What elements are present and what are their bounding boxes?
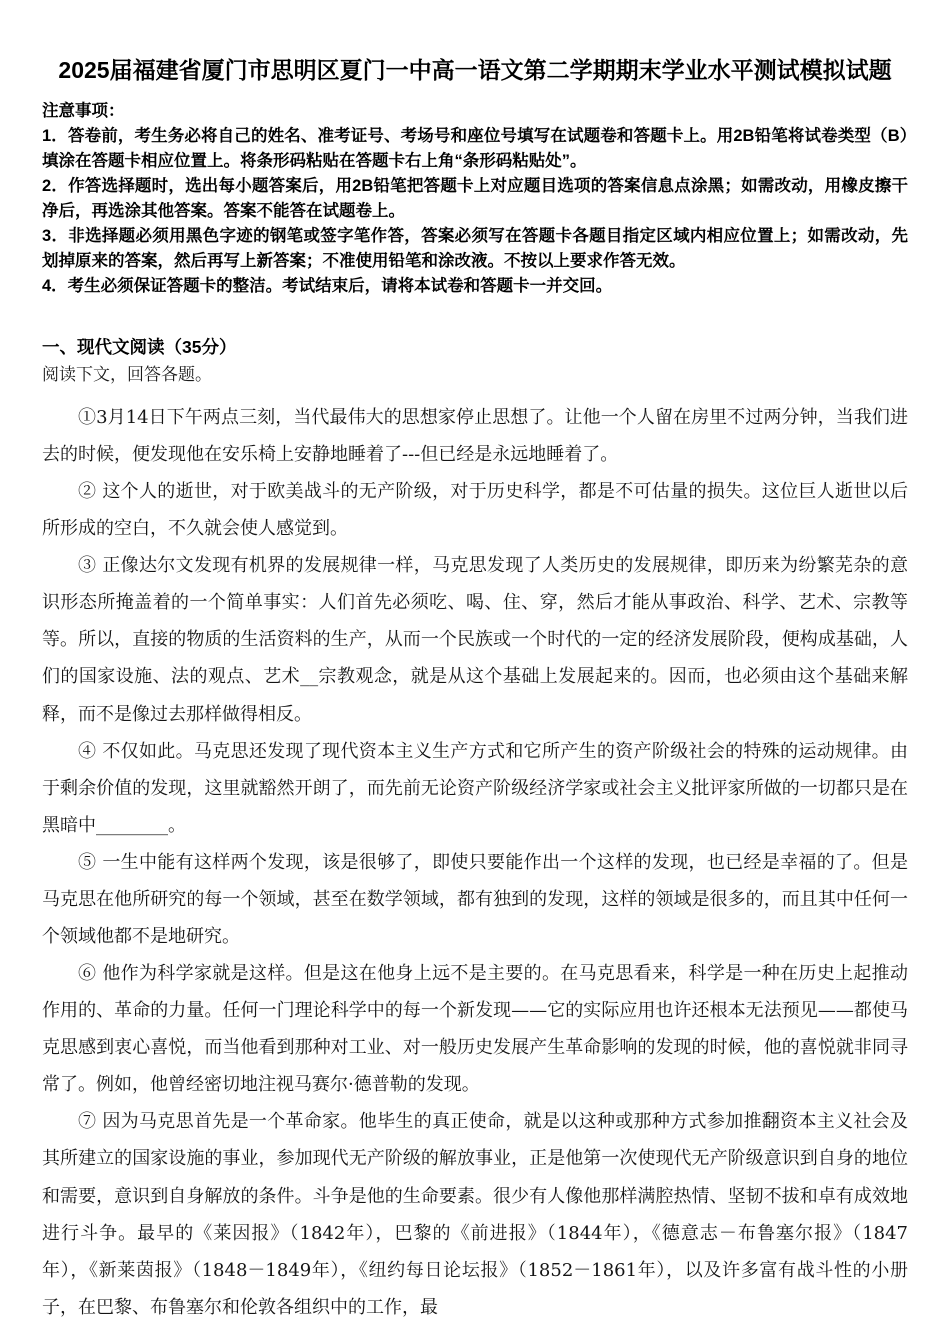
notice-item-4: 4．考生必须保证答题卡的整洁。考试结束后，请将本试卷和答题卡一并交回。 (42, 274, 908, 299)
passage-paragraph-1: ①3月14日下午两点三刻，当代最伟大的思想家停止思想了。让他一个人留在房里不过两… (42, 399, 908, 473)
reading-passage: ①3月14日下午两点三刻，当代最伟大的思想家停止思想了。让他一个人留在房里不过两… (42, 399, 908, 1326)
passage-paragraph-2: ② 这个人的逝世，对于欧美战斗的无产阶级，对于历史科学，都是不可估量的损失。这位… (42, 473, 908, 547)
page-title: 2025届福建省厦门市思明区夏门一中高一语文第二学期期末学业水平测试模拟试题 (42, 56, 908, 86)
exam-page: 2025届福建省厦门市思明区夏门一中高一语文第二学期期末学业水平测试模拟试题 注… (0, 0, 950, 1344)
section-heading: 一、现代文阅读（35分） (42, 335, 908, 360)
notice-item-2: 2．作答选择题时，选出每小题答案后，用2B铅笔把答题卡上对应题目选项的答案信息点… (42, 174, 908, 224)
passage-paragraph-3: ③ 正像达尔文发现有机界的发展规律一样，马克思发现了人类历史的发展规律，即历来为… (42, 547, 908, 732)
section-intro: 阅读下文，回答各题。 (42, 363, 908, 389)
passage-paragraph-5: ⑤ 一生中能有这样两个发现，该是很够了，即使只要能作出一个这样的发现，也已经是幸… (42, 844, 908, 955)
passage-paragraph-4: ④ 不仅如此。马克思还发现了现代资本主义生产方式和它所产生的资产阶级社会的特殊的… (42, 733, 908, 844)
passage-paragraph-7: ⑦ 因为马克思首先是一个革命家。他毕生的真正使命，就是以这种或那种方式参加推翻资… (42, 1103, 908, 1325)
notice-item-3: 3．非选择题必须用黑色字迹的钢笔或签字笔作答，答案必须写在答题卡各题目指定区域内… (42, 224, 908, 274)
notice-section: 注意事项： 1．答卷前，考生务必将自己的姓名、准考证号、考场号和座位号填写在试题… (42, 99, 908, 299)
passage-paragraph-6: ⑥ 他作为科学家就是这样。但是这在他身上远不是主要的。在马克思看来，科学是一种在… (42, 955, 908, 1103)
notice-item-1: 1．答卷前，考生务必将自己的姓名、准考证号、考场号和座位号填写在试题卷和答题卡上… (42, 124, 908, 174)
notice-heading: 注意事项： (42, 99, 908, 124)
